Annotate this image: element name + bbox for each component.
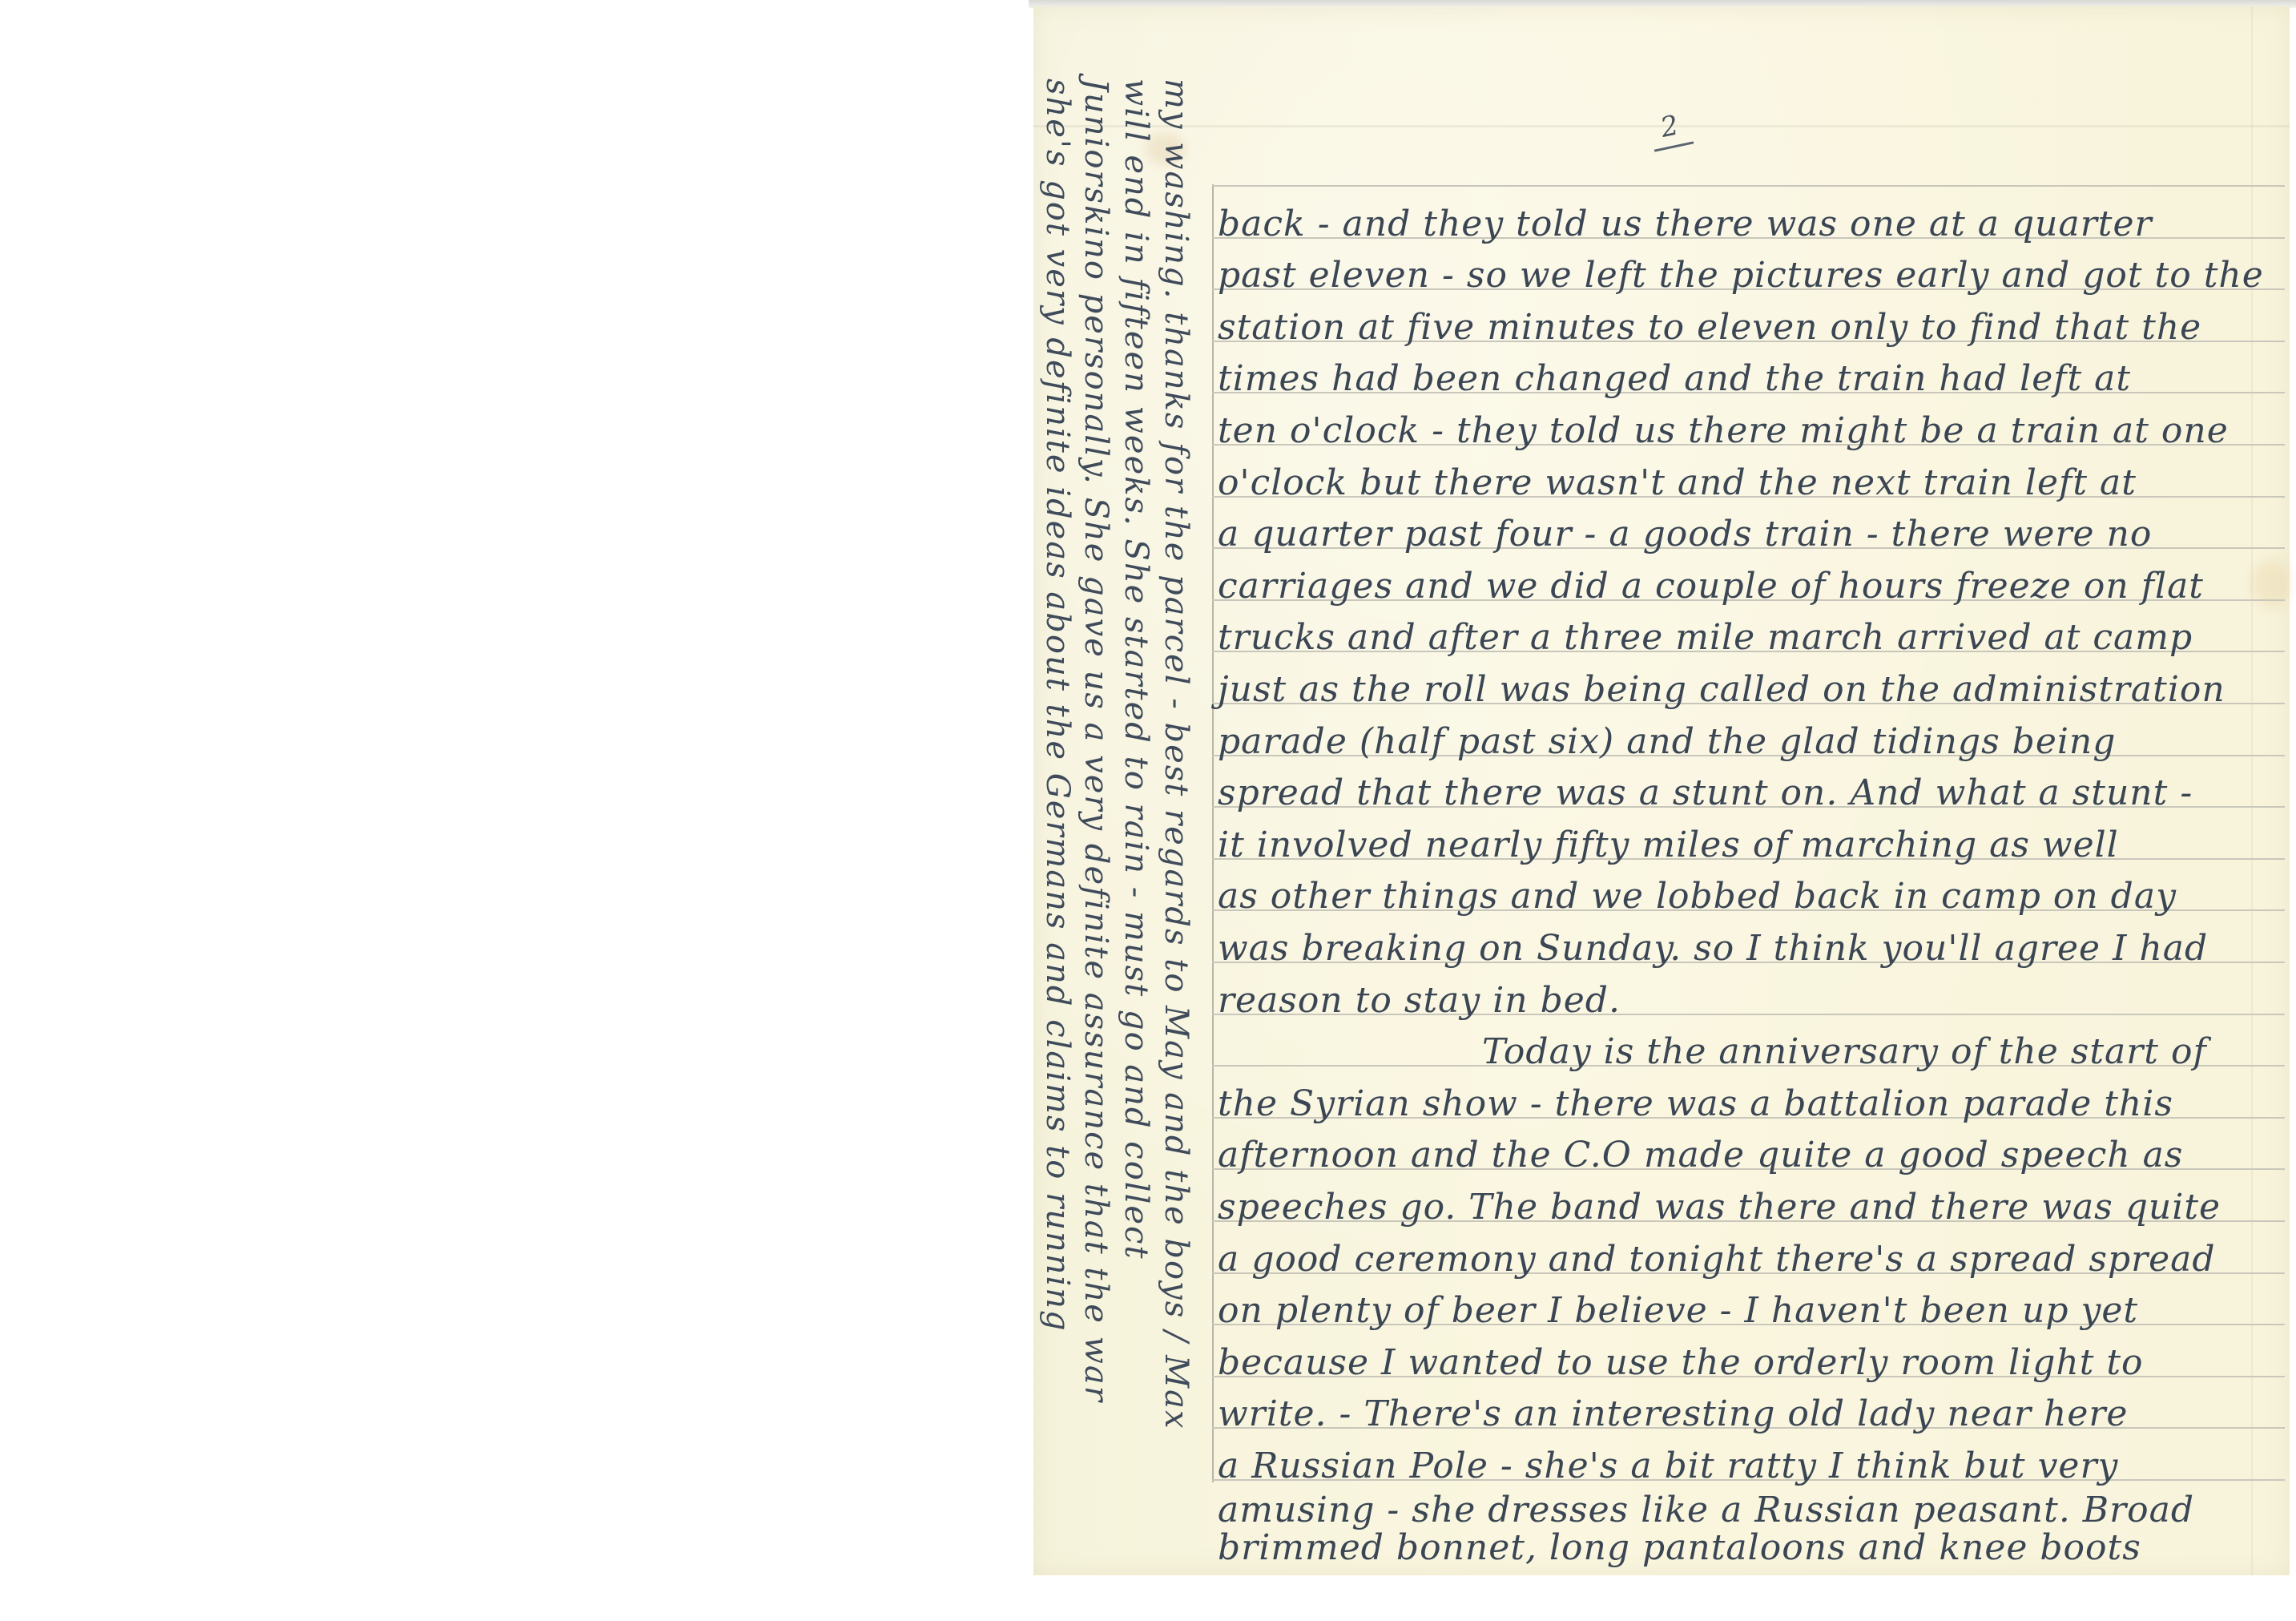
- letter-line: reason to stay in bed.: [1218, 975, 1621, 1026]
- letter-line: ten o'clock - they told us there might b…: [1218, 405, 2229, 457]
- letter-line: speeches go. The band was there and ther…: [1218, 1182, 2221, 1233]
- ruled-line: [1212, 185, 2285, 187]
- letter-line: brimmed bonnet, long pantaloons and knee…: [1218, 1522, 2141, 1574]
- letter-line: station at five minutes to eleven only t…: [1218, 302, 2201, 353]
- letter-line: was breaking on Sunday. so I think you'l…: [1218, 923, 2208, 974]
- letter-line: the Syrian show - there was a battalion …: [1218, 1079, 2173, 1130]
- letter-line: write. - There's an interesting old lady…: [1218, 1389, 2128, 1440]
- letter-line: on plenty of beer I believe - I haven't …: [1218, 1285, 2138, 1337]
- letter-line: spread that there was a stunt on. And wh…: [1218, 768, 2193, 819]
- letter-line: afternoon and the C.O made quite a good …: [1218, 1130, 2183, 1181]
- letter-line-paragraph-start: Today is the anniversary of the start of: [1482, 1026, 2207, 1078]
- letter-line: times had been changed and the train had…: [1218, 353, 2131, 405]
- ruled-margin-line: [1212, 184, 1214, 1482]
- margin-note-line: she's got very definite ideas about the …: [1037, 79, 1078, 1333]
- letter-line: because I wanted to use the orderly room…: [1218, 1337, 2144, 1389]
- letter-line: just as the roll was being called on the…: [1218, 664, 2226, 716]
- margin-note-line: will end in fifteen weeks. She started t…: [1116, 79, 1156, 1260]
- letter-line: trucks and after a three mile march arri…: [1218, 612, 2193, 663]
- page-number: 2: [1647, 107, 1694, 151]
- letter-line: carriages and we did a couple of hours f…: [1218, 561, 2204, 612]
- letter-line: a quarter past four - a goods train - th…: [1218, 509, 2152, 560]
- letter-line: a good ceremony and tonight there's a sp…: [1218, 1234, 2216, 1285]
- letter-line: back - and they told us there was one at…: [1218, 199, 2153, 250]
- letter-page: 2 she's got very definite ideas about th…: [1033, 6, 2290, 1575]
- margin-note-line: my washing. thanks for the parcel - best…: [1156, 79, 1196, 1430]
- letter-line: past eleven - so we left the pictures ea…: [1218, 250, 2264, 301]
- fold-crease-vertical: [2251, 6, 2253, 1575]
- letter-line: as other things and we lobbed back in ca…: [1218, 871, 2177, 922]
- letter-line: it involved nearly fifty miles of marchi…: [1218, 820, 2119, 871]
- margin-note-rotated: she's got very definite ideas about the …: [1037, 79, 1206, 1521]
- letter-line: o'clock but there wasn't and the next tr…: [1218, 458, 2137, 509]
- letter-line: parade (half past six) and the glad tidi…: [1218, 716, 2116, 768]
- margin-note-line: Juniorskino personally. She gave us a ve…: [1076, 79, 1116, 1403]
